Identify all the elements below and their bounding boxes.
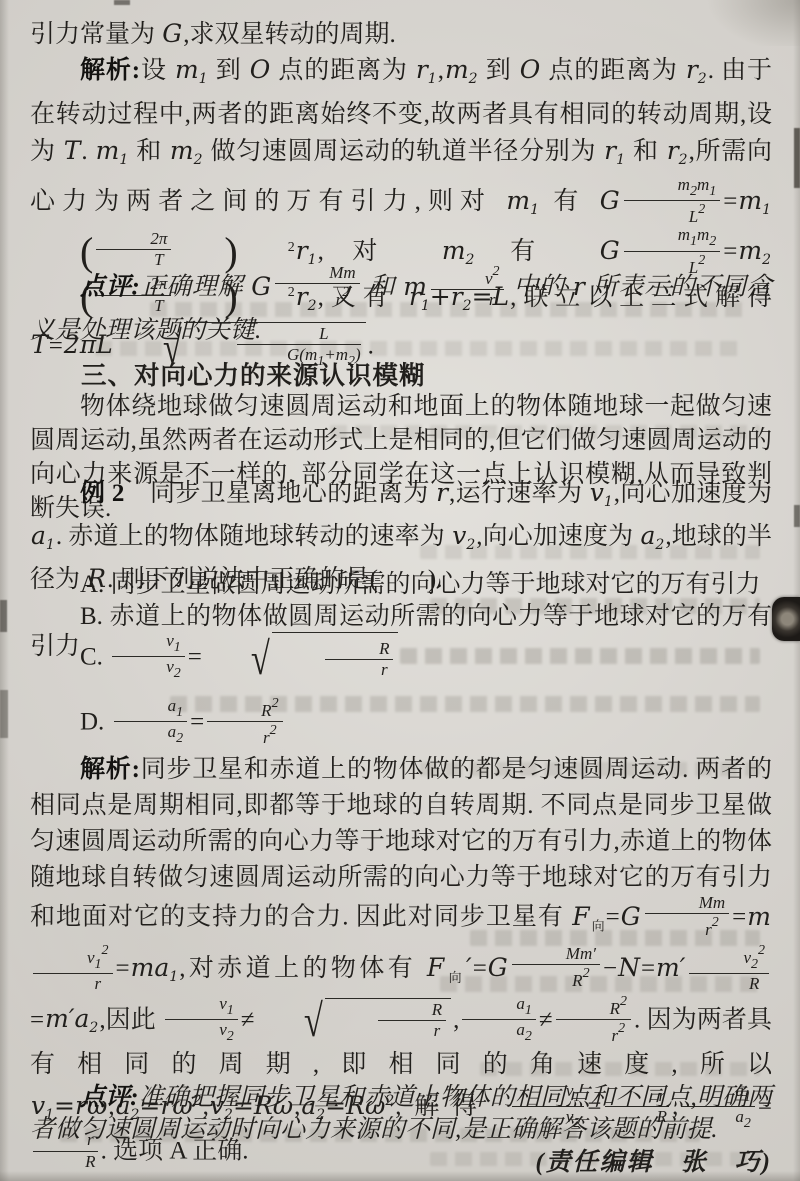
fraction-denominator: r2 — [645, 914, 729, 939]
math-var: O — [249, 55, 272, 84]
radical-body: Rr — [272, 632, 398, 681]
option-d: D. a1a2=R2r2 — [30, 698, 772, 750]
fraction: v1v2 — [165, 995, 238, 1044]
math-var: r1 — [295, 236, 318, 265]
text-run: ,向心加速度为 — [614, 480, 772, 507]
fraction-denominator: r2 — [556, 1020, 631, 1045]
subscript: 1 — [46, 537, 55, 553]
fraction: Rr — [325, 640, 393, 680]
ink-blob-artifact — [772, 597, 800, 641]
radical-sign: √ — [266, 998, 322, 1044]
italic-run: 和 — [363, 274, 403, 301]
subscript: 1 — [227, 1003, 234, 1018]
subscript: 2 — [174, 666, 181, 681]
math-var: v1 — [589, 478, 614, 507]
subscript: 2 — [751, 957, 758, 972]
text-run: = — [188, 643, 202, 670]
math-var: r — [435, 478, 449, 507]
math-var: r1 — [415, 55, 438, 84]
fraction: R2r2 — [207, 696, 282, 748]
fraction-denominator: R — [689, 974, 769, 993]
text-run: A. 同步卫星做圆周运动所需的向心力等于地球对它的万有引力 — [80, 571, 761, 598]
subscript: 1 — [530, 202, 539, 218]
fraction-numerator: v22 — [689, 943, 769, 974]
radical-sign: √ — [213, 636, 269, 682]
text-run: 设 — [140, 57, 174, 84]
option-c: C. v1v2=√Rr — [30, 634, 772, 683]
subscript: 2 — [655, 537, 664, 553]
math-var: m2 — [441, 236, 476, 265]
fraction-numerator: Mm — [645, 894, 729, 914]
superscript: 2 — [620, 994, 627, 1009]
text-run: ,求双星转动的周期. — [183, 21, 396, 48]
label-bold: 例 2 — [80, 480, 124, 507]
scan-speck — [114, 0, 130, 5]
math-var: G — [599, 186, 621, 215]
fraction-numerator: R2 — [556, 994, 631, 1020]
math-var: a1 — [30, 521, 56, 550]
text-run: . 赤道上的物体随地球转动的速率为 — [56, 523, 451, 550]
fraction-denominator: r — [378, 1021, 446, 1040]
fraction-numerator: a1 — [114, 697, 188, 722]
text-run: 和 — [129, 138, 169, 165]
subscript: 1 — [119, 152, 128, 168]
italic-run: 中的 — [507, 274, 572, 301]
text-run: . — [81, 138, 94, 165]
superscript: 2 — [342, 285, 349, 300]
text-run: = — [641, 955, 655, 982]
text-run: , — [453, 1006, 459, 1033]
superscript: 2 — [583, 966, 590, 981]
math-var: F — [571, 902, 590, 931]
italic-run: 正确理解 — [140, 274, 250, 301]
radical: √Rr — [204, 632, 399, 681]
text-run: − — [603, 955, 617, 982]
text-run: 有 — [475, 238, 598, 265]
subscript: 1 — [428, 71, 437, 87]
subscript: 向 — [445, 970, 465, 985]
fraction-numerator: R — [325, 640, 393, 660]
fraction: R2r2 — [556, 994, 631, 1046]
fraction-denominator: a2 — [462, 1020, 536, 1044]
fraction-numerator: a1 — [462, 995, 536, 1020]
superscript: 2 — [618, 1021, 625, 1036]
fraction-numerator: Mm — [275, 264, 359, 284]
fraction: Rr — [378, 1001, 446, 1041]
text-run: ,运行速率为 — [449, 480, 589, 507]
option-a: A. 同步卫星做圆周运动所需的向心力等于地球对它的万有引力 — [30, 570, 772, 600]
math-var: G — [620, 902, 642, 931]
text-run: = — [473, 955, 487, 982]
left-margin-mark — [0, 600, 7, 632]
fraction-denominator: r — [325, 660, 393, 679]
fraction: Mm′R2 — [512, 945, 600, 991]
subscript: 向 — [591, 919, 606, 934]
superscript: 2 — [698, 202, 705, 217]
text-run: ≠ — [241, 1006, 255, 1033]
text-run: ,对 — [318, 238, 441, 265]
radical-body: Rr — [325, 998, 451, 1041]
subscript: 1 — [95, 957, 102, 972]
section-heading: 三、对向心力的来源认识模糊 — [30, 356, 772, 392]
fraction-numerator: v1 — [112, 632, 185, 657]
math-var: G — [599, 236, 621, 265]
fraction-numerator: m2m1 — [624, 176, 721, 201]
subscript: 1 — [616, 152, 625, 168]
fraction-numerator: v1 — [165, 995, 238, 1020]
text-run: ,因此 — [99, 1006, 162, 1033]
subscript: 1 — [525, 1003, 532, 1018]
superscript: 2 — [758, 943, 765, 958]
radical: √Rr — [257, 996, 452, 1042]
subscript: 2 — [525, 1029, 532, 1044]
text-run: 点的距离为 — [541, 57, 685, 84]
fraction: m2m1L2 — [624, 176, 721, 226]
fraction-denominator: r2 — [275, 284, 359, 309]
fraction: Mmr2 — [645, 894, 729, 940]
text-run: = — [116, 955, 130, 982]
superscript: 2 — [102, 943, 109, 958]
subscript: 2 — [194, 152, 203, 168]
left-margin-mark — [0, 690, 8, 738]
subscript: 2 — [690, 184, 697, 199]
math-var: N — [617, 953, 641, 982]
text-run: = — [732, 904, 746, 931]
superscript: 2 — [270, 723, 277, 738]
subscript: 2 — [466, 537, 475, 553]
math-var: ′ — [465, 953, 473, 982]
math-var: m1 — [737, 186, 772, 215]
math-var: r2 — [685, 55, 708, 84]
math-var: ma1 — [130, 953, 180, 982]
math-var: a2 — [640, 521, 666, 550]
math-var: m1 — [174, 55, 209, 84]
subscript: 2 — [176, 731, 183, 746]
editor-credit: (责任编辑 张 巧) — [30, 1142, 800, 1178]
fraction: v22R — [689, 943, 769, 993]
math-var: O — [519, 55, 542, 84]
text-run: C. — [80, 643, 109, 670]
math-var: G — [250, 272, 272, 301]
label-bold: 解析: — [80, 57, 140, 84]
superscript: 2 — [493, 264, 500, 279]
fraction-numerator: R2 — [207, 696, 282, 722]
fraction-denominator: v2 — [165, 1020, 238, 1044]
subscript: 2 — [698, 71, 707, 87]
exponent: 2 — [238, 230, 295, 266]
fraction-denominator: a2 — [114, 722, 188, 746]
text-run: 做匀速圆周运动的轨道半径分别为 — [204, 138, 604, 165]
text-run: 有 — [540, 188, 599, 215]
text-run: = — [606, 904, 620, 931]
fraction-numerator: 2π — [96, 230, 171, 250]
text-run: 同步卫星离地心的距离为 — [124, 480, 435, 507]
math-var: m1 — [505, 186, 540, 215]
superscript: 2 — [712, 915, 719, 930]
fraction: Mmr2 — [275, 264, 359, 310]
fraction-numerator: m1m2 — [624, 226, 721, 251]
right-margin-mark — [794, 505, 800, 527]
text-run: ≠ — [539, 1006, 553, 1033]
subscript: 1 — [199, 71, 208, 87]
subscript: 1 — [690, 234, 697, 249]
left-edge-shadow — [0, 0, 9, 1181]
text-run: D. — [80, 709, 111, 736]
math-var: m2 — [737, 236, 772, 265]
math-var: v2 — [451, 521, 476, 550]
fraction-denominator: v2 — [112, 657, 185, 681]
text-run: ,向心加速度为 — [476, 523, 639, 550]
fraction: 2πT — [96, 230, 171, 270]
math-var: m — [746, 902, 772, 931]
text-run: 到 — [209, 57, 249, 84]
fraction-denominator: r2 — [207, 722, 282, 747]
fraction-denominator: r — [431, 290, 504, 309]
text-run: = — [723, 188, 737, 215]
math-var: m — [402, 272, 428, 301]
math-var: m2 — [169, 136, 204, 165]
fraction-numerator: R — [378, 1001, 446, 1021]
subscript: 2 — [227, 1029, 234, 1044]
fraction-denominator: R2 — [512, 965, 600, 990]
fraction-numerator: v2 — [431, 264, 504, 290]
subscript: 1 — [604, 494, 613, 510]
subscript: 2 — [679, 152, 688, 168]
fraction: v1v2 — [112, 632, 185, 681]
subscript: 2 — [709, 234, 716, 249]
math-var: r1 — [603, 136, 626, 165]
subscript: 1 — [709, 184, 716, 199]
math-var: r — [572, 272, 586, 301]
superscript: 2 — [272, 696, 279, 711]
math-var: G — [161, 19, 183, 48]
text-run: 到 — [479, 57, 519, 84]
math-var: r2 — [666, 136, 689, 165]
paragraph-example2-comment: 点评:准确把握同步卫星和赤道上物体的相同点和不同点,明确两者做匀速圆周运动时向心… — [30, 1082, 772, 1146]
text-run: 和 — [626, 138, 666, 165]
fraction: a1a2 — [114, 697, 188, 746]
math-var: T — [63, 136, 82, 165]
label-bold-italic: 点评: — [80, 1084, 139, 1111]
paragraph-intro-continuation: 引力常量为 G,求双星转动的周期. — [30, 16, 772, 53]
italic-run: 准确把握同步卫星和赤道上物体的相同点和不同点,明确两者做匀速圆周运动时向心力来源… — [30, 1084, 772, 1143]
fraction-denominator: L2 — [624, 201, 721, 226]
math-var: G — [487, 953, 509, 982]
scanned-page: 引力常量为 G,求双星转动的周期. 解析:设 m1 到 O 点的距离为 r1,m… — [0, 0, 800, 1181]
text-run: 点的距离为 — [271, 57, 415, 84]
subscript: 1 — [169, 969, 178, 985]
fraction-numerator: Mm′ — [512, 945, 600, 965]
scan-edge-artifact — [794, 128, 800, 188]
math-var: F — [426, 953, 445, 982]
math-var: m2 — [444, 55, 479, 84]
fraction-numerator: v12 — [33, 943, 113, 974]
fraction: a1a2 — [462, 995, 536, 1044]
fraction: v2r — [431, 264, 504, 310]
text-run: = — [723, 238, 737, 265]
text-run: = — [190, 709, 204, 736]
text-run: = — [30, 1006, 44, 1033]
subscript: 1 — [176, 705, 183, 720]
math-var: m′ — [655, 953, 686, 982]
label-bold-italic: 点评: — [80, 274, 140, 301]
math-var: m′a2 — [44, 1004, 99, 1033]
subscript: 2 — [469, 71, 478, 87]
text-run: 引力常量为 — [30, 21, 161, 48]
text-run: ,对赤道上的物体有 — [179, 955, 426, 982]
subscript: 1 — [762, 202, 771, 218]
label-bold: 解析: — [80, 756, 140, 783]
paragraph-example1-comment: 点评:正确理解 GMmr2 和 mv2r 中的 r 所表示的不同含义是处理该题的… — [30, 266, 772, 350]
subscript: 2 — [89, 1020, 98, 1036]
subscript: 1 — [174, 640, 181, 655]
math-var: m1 — [95, 136, 130, 165]
fraction: v12r — [33, 943, 113, 993]
fraction-denominator: r — [33, 974, 113, 993]
